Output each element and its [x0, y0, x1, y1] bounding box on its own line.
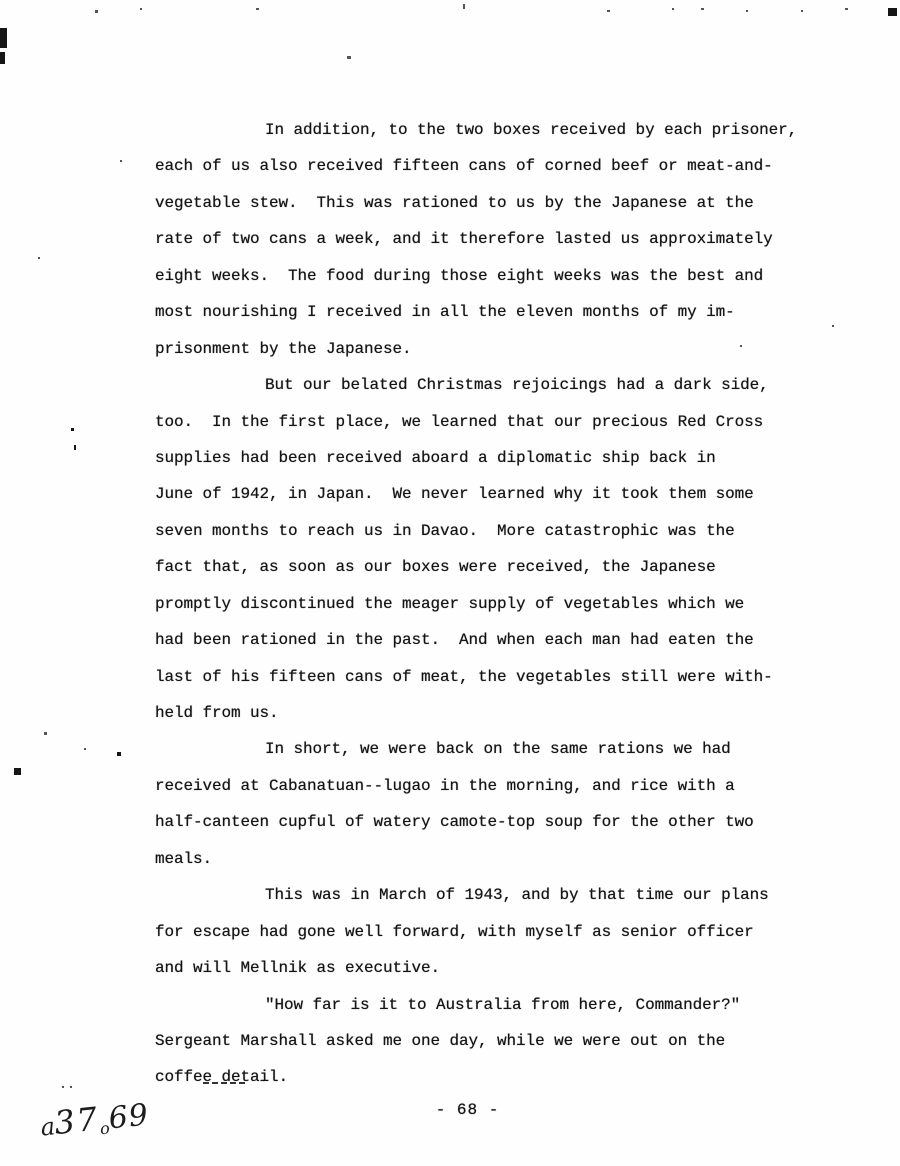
- document-line: supplies had been received aboard a dipl…: [155, 440, 815, 476]
- scan-artifact: [672, 8, 674, 10]
- document-line: eight weeks. The food during those eight…: [155, 258, 815, 294]
- scan-artifact: [84, 748, 86, 750]
- scan-artifact: [203, 1082, 245, 1084]
- annotation-part: 69: [107, 1097, 151, 1136]
- scan-artifact: [607, 10, 610, 12]
- scan-artifact: [95, 10, 98, 13]
- document-line: coffee detail.: [155, 1059, 815, 1095]
- scan-artifact: [0, 52, 5, 64]
- document-line: prisonment by the Japanese.: [155, 331, 815, 367]
- document-line: most nourishing I received in all the el…: [155, 294, 815, 330]
- annotation-part: 37: [53, 1100, 101, 1142]
- document-line: June of 1942, in Japan. We never learned…: [155, 476, 815, 512]
- document-line: fact that, as soon as our boxes were rec…: [155, 549, 815, 585]
- document-line: for escape had gone well forward, with m…: [155, 914, 815, 950]
- scan-artifact: [70, 1086, 72, 1088]
- page-number: - 68 -: [155, 1098, 780, 1122]
- scan-artifact: [801, 10, 803, 12]
- document-line: "How far is it to Australia from here, C…: [155, 987, 815, 1023]
- scan-artifact: [38, 257, 40, 259]
- scan-artifact: [140, 8, 142, 10]
- document-text-block: In addition, to the two boxes received b…: [155, 112, 815, 1096]
- document-line: In short, we were back on the same ratio…: [155, 731, 815, 767]
- scan-artifact: [256, 8, 259, 10]
- scan-artifact: [71, 428, 74, 431]
- document-page: In addition, to the two boxes received b…: [0, 0, 900, 1166]
- scan-artifact: [845, 8, 848, 10]
- document-line: had been rationed in the past. And when …: [155, 622, 815, 658]
- scan-artifact: [74, 445, 76, 450]
- document-line: But our belated Christmas rejoicings had…: [155, 367, 815, 403]
- scan-artifact: [0, 28, 7, 48]
- scan-artifact: [746, 10, 748, 12]
- document-line: In addition, to the two boxes received b…: [155, 112, 815, 148]
- document-line: rate of two cans a week, and it therefor…: [155, 221, 815, 257]
- scan-artifact: [14, 768, 21, 775]
- scan-artifact: [44, 732, 47, 735]
- document-line: This was in March of 1943, and by that t…: [155, 877, 815, 913]
- handwritten-annotation: a37o69: [38, 1094, 150, 1143]
- document-line: promptly discontinued the meager supply …: [155, 586, 815, 622]
- scan-artifact: [463, 4, 465, 9]
- document-line: each of us also received fifteen cans of…: [155, 148, 815, 184]
- document-line: too. In the first place, we learned that…: [155, 404, 815, 440]
- scan-artifact: [701, 8, 704, 10]
- document-line: and will Mellnik as executive.: [155, 950, 815, 986]
- document-line: half-canteen cupful of watery camote-top…: [155, 804, 815, 840]
- scan-artifact: [117, 752, 121, 756]
- document-line: seven months to reach us in Davao. More …: [155, 513, 815, 549]
- scan-artifact: [62, 1086, 64, 1088]
- scan-artifact: [120, 160, 122, 162]
- document-line: vegetable stew. This was rationed to us …: [155, 185, 815, 221]
- scan-artifact: [832, 325, 834, 327]
- document-line: last of his fifteen cans of meat, the ve…: [155, 659, 815, 695]
- document-line: received at Cabanatuan--lugao in the mor…: [155, 768, 815, 804]
- document-line: meals.: [155, 841, 815, 877]
- annotation-part: o: [99, 1119, 111, 1139]
- scan-artifact: [347, 56, 351, 59]
- document-line: Sergeant Marshall asked me one day, whil…: [155, 1023, 815, 1059]
- scan-artifact: [740, 345, 742, 347]
- document-line: held from us.: [155, 695, 815, 731]
- scan-artifact: [888, 8, 897, 16]
